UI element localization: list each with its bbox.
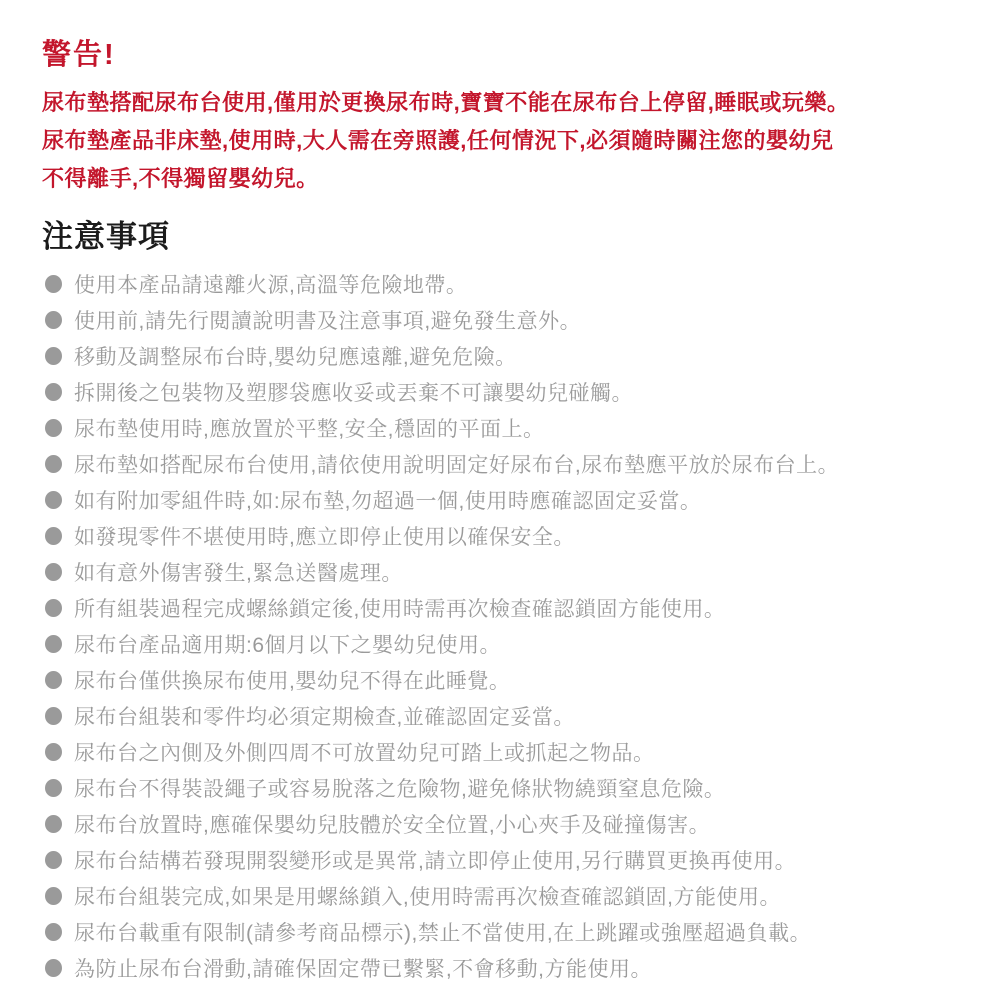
note-item: 尿布墊如搭配尿布台使用,請依使用說明固定好尿布台,尿布墊應平放於尿布台上。 — [42, 446, 980, 482]
note-text: 尿布台組裝完成,如果是用螺絲鎖入,使用時需再次檢查確認鎖固,方能使用。 — [74, 881, 781, 911]
bullet-circle-icon — [45, 707, 62, 725]
note-text: 尿布墊如搭配尿布台使用,請依使用說明固定好尿布台,尿布墊應平放於尿布台上。 — [74, 449, 839, 479]
note-text: 使用本產品請遠離火源,高溫等危險地帶。 — [74, 269, 467, 299]
note-item: 尿布台載重有限制(請參考商品標示),禁止不當使用,在上跳躍或強壓超過負載。 — [42, 914, 980, 950]
note-text: 移動及調整尿布台時,嬰幼兒應遠離,避免危險。 — [74, 341, 517, 371]
bullet-circle-icon — [45, 491, 62, 509]
bullet-circle-icon — [45, 635, 62, 653]
note-text: 使用前,請先行閱讀說明書及注意事項,避免發生意外。 — [74, 305, 581, 335]
note-text: 尿布台結構若發現開裂變形或是異常,請立即停止使用,另行購買更換再使用。 — [74, 845, 796, 875]
note-text: 所有組裝過程完成螺絲鎖定後,使用時需再次檢查確認鎖固方能使用。 — [74, 593, 725, 623]
bullet-circle-icon — [45, 527, 62, 545]
note-item: 尿布台組裝完成,如果是用螺絲鎖入,使用時需再次檢查確認鎖固,方能使用。 — [42, 878, 980, 914]
note-item: 尿布台不得裝設繩子或容易脫落之危險物,避免條狀物繞頸窒息危險。 — [42, 770, 980, 806]
note-item: 尿布台之內側及外側四周不可放置幼兒可踏上或抓起之物品。 — [42, 734, 980, 770]
note-text: 尿布台放置時,應確保嬰幼兒肢體於安全位置,小心夾手及碰撞傷害。 — [74, 809, 710, 839]
bullet-circle-icon — [45, 347, 62, 365]
note-item: 所有組裝過程完成螺絲鎖定後,使用時需再次檢查確認鎖固方能使用。 — [42, 590, 980, 626]
bullet-circle-icon — [45, 815, 62, 833]
bullet-circle-icon — [45, 563, 62, 581]
bullet-circle-icon — [45, 779, 62, 797]
bullet-circle-icon — [45, 887, 62, 905]
note-item: 如有意外傷害發生,緊急送醫處理。 — [42, 554, 980, 590]
note-item: 尿布台放置時,應確保嬰幼兒肢體於安全位置,小心夾手及碰撞傷害。 — [42, 806, 980, 842]
note-text: 拆開後之包裝物及塑膠袋應收妥或丟棄不可讓嬰幼兒碰觸。 — [74, 377, 633, 407]
warning-notice-page: 警告! 尿布墊搭配尿布台使用,僅用於更換尿布時,寶寶不能在尿布台上停留,睡眠或玩… — [0, 0, 1000, 1000]
note-text: 尿布台僅供換尿布使用,嬰幼兒不得在此睡覺。 — [74, 665, 510, 695]
note-text: 尿布台不得裝設繩子或容易脫落之危險物,避免條狀物繞頸窒息危險。 — [74, 773, 725, 803]
note-text: 尿布台載重有限制(請參考商品標示),禁止不當使用,在上跳躍或強壓超過負載。 — [74, 917, 811, 947]
note-item: 使用本產品請遠離火源,高溫等危險地帶。 — [42, 266, 980, 302]
note-text: 尿布台之內側及外側四周不可放置幼兒可踏上或抓起之物品。 — [74, 737, 655, 767]
note-text: 如有附加零組件時,如:尿布墊,勿超過一個,使用時應確認固定妥當。 — [74, 485, 701, 515]
bullet-circle-icon — [45, 851, 62, 869]
note-text: 尿布台組裝和零件均必須定期檢查,並確認固定妥當。 — [74, 701, 575, 731]
warning-line: 不得離手,不得獨留嬰幼兒。 — [42, 160, 980, 198]
bullet-circle-icon — [45, 419, 62, 437]
note-item: 尿布台組裝和零件均必須定期檢查,並確認固定妥當。 — [42, 698, 980, 734]
warning-line: 尿布墊搭配尿布台使用,僅用於更換尿布時,寶寶不能在尿布台上停留,睡眠或玩樂。 — [42, 84, 980, 122]
note-item: 尿布墊使用時,應放置於平整,安全,穩固的平面上。 — [42, 410, 980, 446]
note-item: 如有附加零組件時,如:尿布墊,勿超過一個,使用時應確認固定妥當。 — [42, 482, 980, 518]
bullet-circle-icon — [45, 275, 62, 293]
notes-section-title: 注意事項 — [42, 220, 980, 254]
bullet-circle-icon — [45, 743, 62, 761]
warning-line: 尿布墊產品非床墊,使用時,大人需在旁照護,任何情況下,必須隨時關注您的嬰幼兒 — [42, 122, 980, 160]
note-item: 尿布台僅供換尿布使用,嬰幼兒不得在此睡覺。 — [42, 662, 980, 698]
bullet-circle-icon — [45, 455, 62, 473]
warning-title: 警告! — [42, 40, 980, 72]
note-item: 使用前,請先行閱讀說明書及注意事項,避免發生意外。 — [42, 302, 980, 338]
note-item: 拆開後之包裝物及塑膠袋應收妥或丟棄不可讓嬰幼兒碰觸。 — [42, 374, 980, 410]
note-item: 為防止尿布台滑動,請確保固定帶已繫緊,不會移動,方能使用。 — [42, 950, 980, 986]
bullet-circle-icon — [45, 671, 62, 689]
note-text: 為防止尿布台滑動,請確保固定帶已繫緊,不會移動,方能使用。 — [74, 953, 652, 983]
note-item: 尿布台結構若發現開裂變形或是異常,請立即停止使用,另行購買更換再使用。 — [42, 842, 980, 878]
note-item: 如發現零件不堪使用時,應立即停止使用以確保安全。 — [42, 518, 980, 554]
bullet-circle-icon — [45, 923, 62, 941]
notes-list: 使用本產品請遠離火源,高溫等危險地帶。使用前,請先行閱讀說明書及注意事項,避免發… — [42, 266, 980, 986]
bullet-circle-icon — [45, 959, 62, 977]
bullet-circle-icon — [45, 599, 62, 617]
note-text: 如發現零件不堪使用時,應立即停止使用以確保安全。 — [74, 521, 575, 551]
note-item: 移動及調整尿布台時,嬰幼兒應遠離,避免危險。 — [42, 338, 980, 374]
note-text: 尿布墊使用時,應放置於平整,安全,穩固的平面上。 — [74, 413, 545, 443]
bullet-circle-icon — [45, 383, 62, 401]
warning-paragraph: 尿布墊搭配尿布台使用,僅用於更換尿布時,寶寶不能在尿布台上停留,睡眠或玩樂。 尿… — [42, 84, 980, 198]
bullet-circle-icon — [45, 311, 62, 329]
note-text: 如有意外傷害發生,緊急送醫處理。 — [74, 557, 403, 587]
note-item: 尿布台產品適用期:6個月以下之嬰幼兒使用。 — [42, 626, 980, 662]
note-text: 尿布台產品適用期:6個月以下之嬰幼兒使用。 — [74, 629, 501, 659]
